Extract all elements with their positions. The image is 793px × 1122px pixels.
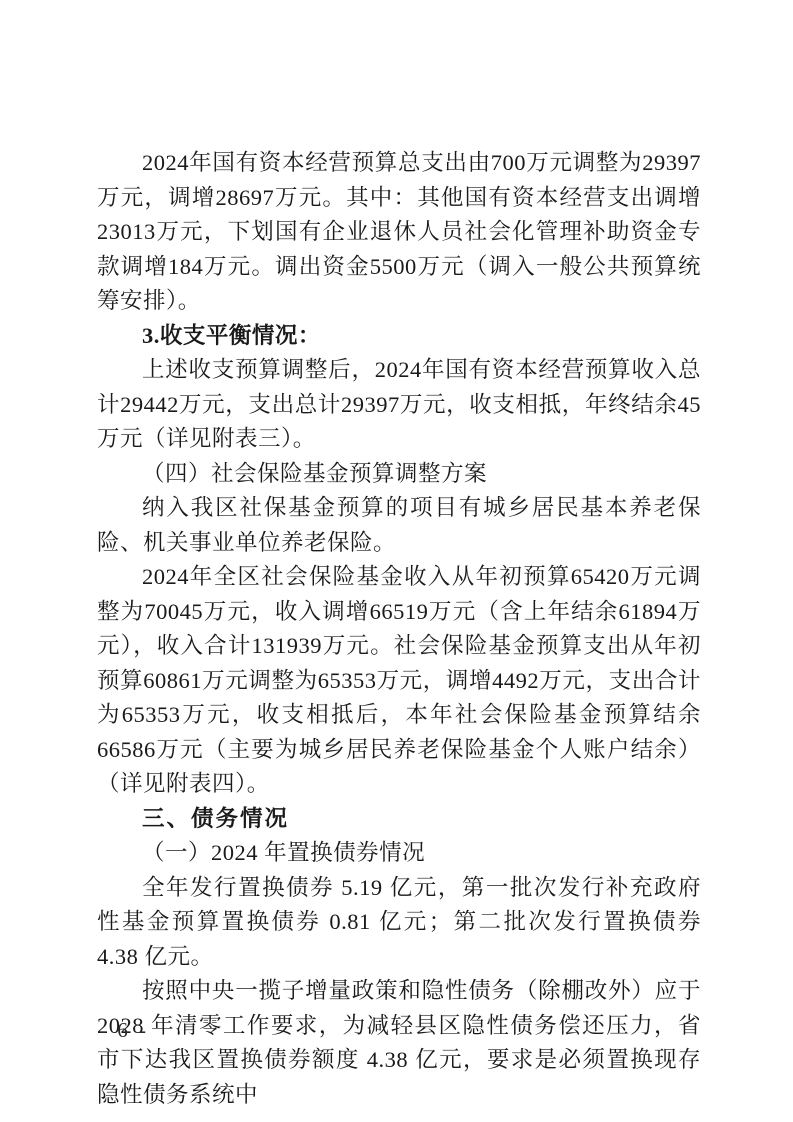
page-number: - 6 -	[99, 1018, 149, 1043]
paragraph-central-policy: 按照中央一揽子增量政策和隐性债务（除棚改外）应于 2028 年清零工作要求，为减…	[97, 974, 701, 1112]
document-body: 2024年国有资本经营预算总支出由700万元调整为29397万元，调增28697…	[97, 146, 701, 1112]
heading-social-insurance-fund-plan: （四）社会保险基金预算调整方案	[97, 457, 701, 492]
heading-2024-replacement-bonds: （一）2024 年置换债券情况	[97, 836, 701, 871]
document-page: 2024年国有资本经营预算总支出由700万元调整为29397万元，调增28697…	[0, 0, 793, 1122]
paragraph-balance-summary: 上述收支预算调整后，2024年国有资本经营预算收入总计29442万元，支出总计2…	[97, 353, 701, 457]
heading-balance-of-payments: 3.收支平衡情况：	[97, 319, 701, 354]
paragraph-bond-issuance: 全年发行置换债券 5.19 亿元，第一批次发行补充政府性基金预算置换债券 0.8…	[97, 871, 701, 975]
heading-debt-situation: 三、债务情况	[97, 802, 701, 837]
paragraph-soe-budget-expenditure: 2024年国有资本经营预算总支出由700万元调整为29397万元，调增28697…	[97, 146, 701, 319]
paragraph-social-insurance-figures: 2024年全区社会保险基金收入从年初预算65420万元调整为70045万元，收入…	[97, 560, 701, 802]
paragraph-fund-scope: 纳入我区社保基金预算的项目有城乡居民基本养老保险、机关事业单位养老保险。	[97, 491, 701, 560]
